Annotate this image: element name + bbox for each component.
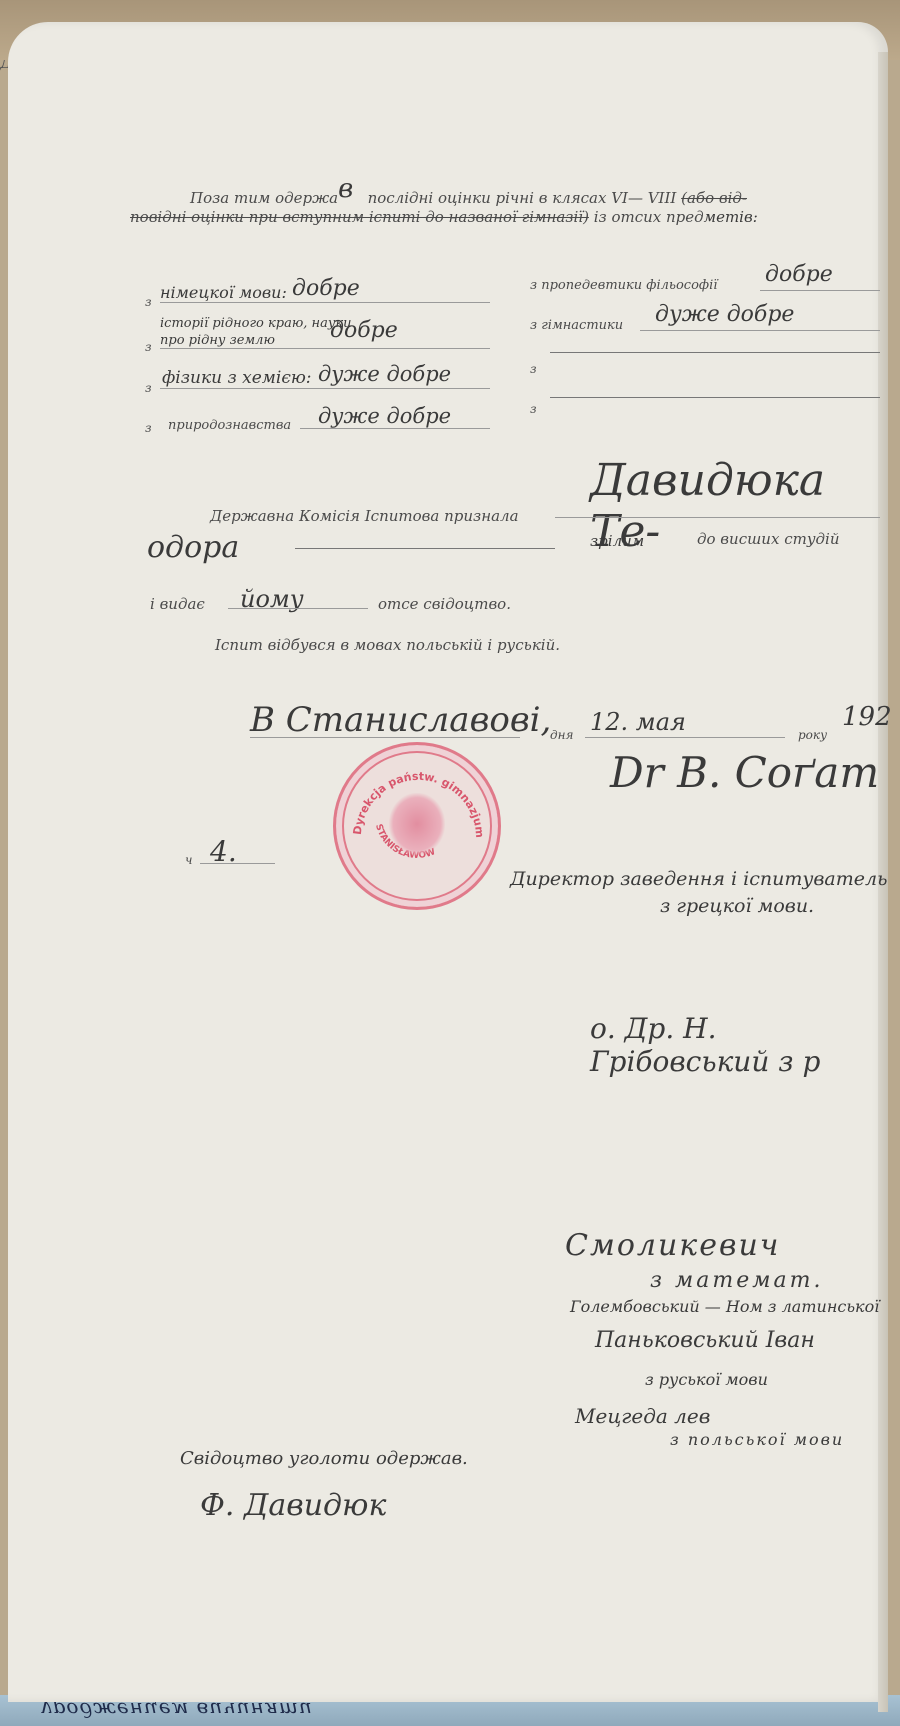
issue-rule <box>228 608 368 609</box>
grade-value-nature: дуже добре <box>318 404 451 428</box>
day-value: 12. мая <box>590 708 686 736</box>
verdict-mature: зрілим <box>590 532 644 550</box>
issue-text: і видає <box>150 595 205 613</box>
commission-text: Державна Комісія Іспитова признала <box>210 507 519 525</box>
eagle-emblem-icon <box>389 793 445 855</box>
number-rule <box>200 863 275 864</box>
grade-subject-german: німецкої мови: <box>160 283 287 302</box>
place: В Станиславові, <box>250 700 551 740</box>
grade-prefix: з <box>530 362 537 376</box>
place-rule <box>250 737 520 738</box>
member-signature: о. Др. Н. Грібовський з р <box>590 1012 900 1078</box>
member-signature: Голембовський — Ном з латинської <box>570 1297 879 1316</box>
intro-struck: (або від- <box>681 189 747 207</box>
grade-rule <box>300 428 490 429</box>
grade-rule <box>160 388 490 389</box>
grade-subject-history-line1: історії рідного краю, науки <box>160 316 352 331</box>
intro-hand-insert: в <box>338 174 353 204</box>
grade-prefix: з <box>145 381 152 395</box>
intro-line-1: Поза тим одержав послідні оцінки річні в… <box>190 180 747 210</box>
member-subject: з польської мови <box>670 1430 844 1449</box>
grade-prefix: з <box>145 340 152 354</box>
grade-rule <box>160 348 490 349</box>
grade-rule-empty <box>550 352 880 353</box>
grade-prefix: з <box>145 295 152 309</box>
intro-struck-2: повідні оцінки при вступним іспиті до на… <box>130 208 589 226</box>
member-subject: з руської мови <box>645 1370 768 1389</box>
director-signature: Dr В. Соґат <box>610 748 879 797</box>
issue-text-end: отсе свідоцтво. <box>378 595 511 613</box>
intro-line-2: повідні оцінки при вступним іспиті до на… <box>130 208 758 226</box>
grade-rule <box>640 330 880 331</box>
grade-value-philosophy: добре <box>765 262 833 287</box>
member-signature: Мецгеда лев <box>575 1404 710 1428</box>
grade-subject-history: про рідну землю <box>160 333 275 348</box>
grade-subject-philosophy: пропедевтики фільософії <box>541 278 717 293</box>
director-note-2: з грецкої мови. <box>660 895 814 917</box>
grade-subject-gymnastics: гімнастики <box>541 318 623 333</box>
grade-value-gymnastics: дуже добре <box>655 302 794 327</box>
year-value: 192 <box>842 702 892 732</box>
grade-right-1: з гімнастики <box>530 318 623 333</box>
intro-printed-rest: послідні оцінки річні в клясах VI— VIII <box>368 189 677 207</box>
commission-text-end: до висших студій <box>697 530 840 548</box>
day-label: дня <box>550 728 573 742</box>
grade-prefix: з <box>530 278 537 293</box>
intro-printed-rest-2: із отсих пред <box>594 208 704 226</box>
exam-language: Іспит відбувся в мовах польській і руськ… <box>215 636 560 654</box>
grade-subject-physics: фізики з хемією: <box>162 368 312 388</box>
member-signature: Паньковський Іван <box>595 1328 815 1353</box>
member-subject: з математ. <box>650 1268 823 1293</box>
student-name-part2: одора <box>147 530 239 565</box>
grade-value-german: добре <box>292 276 360 301</box>
year-label: року <box>798 728 827 742</box>
intro-hand-tail: метів: <box>704 208 758 226</box>
grade-rule-empty <box>550 397 880 398</box>
name-rule <box>555 517 880 518</box>
member-signature: Смоликевич <box>565 1228 780 1263</box>
grade-value-physics: дуже добре <box>318 362 451 386</box>
director-note-1: Директор заведення і іспитуватель <box>510 868 887 890</box>
number-label: ч <box>185 853 192 867</box>
official-seal-stamp: Dyrekcja państw. gimnazjum z ruskim jęz.… <box>333 742 501 910</box>
grade-right-0: з пропедевтики фільософії <box>530 278 717 293</box>
grade-prefix: з <box>530 402 537 416</box>
day-rule <box>585 737 785 738</box>
grade-value-history: добре <box>330 318 398 343</box>
receipt-text: Свідоцтво уголоти одержав. <box>180 1448 468 1469</box>
recipient-signature: Ф. Давидюк <box>200 1488 386 1523</box>
grade-prefix: з <box>145 421 152 435</box>
grade-rule <box>160 302 490 303</box>
name-rule-2 <box>295 548 555 549</box>
grade-subject-nature: природознавства <box>168 418 291 433</box>
grade-rule <box>760 290 880 291</box>
grade-prefix: з <box>530 318 537 333</box>
intro-printed: Поза тим одержа <box>190 189 338 207</box>
